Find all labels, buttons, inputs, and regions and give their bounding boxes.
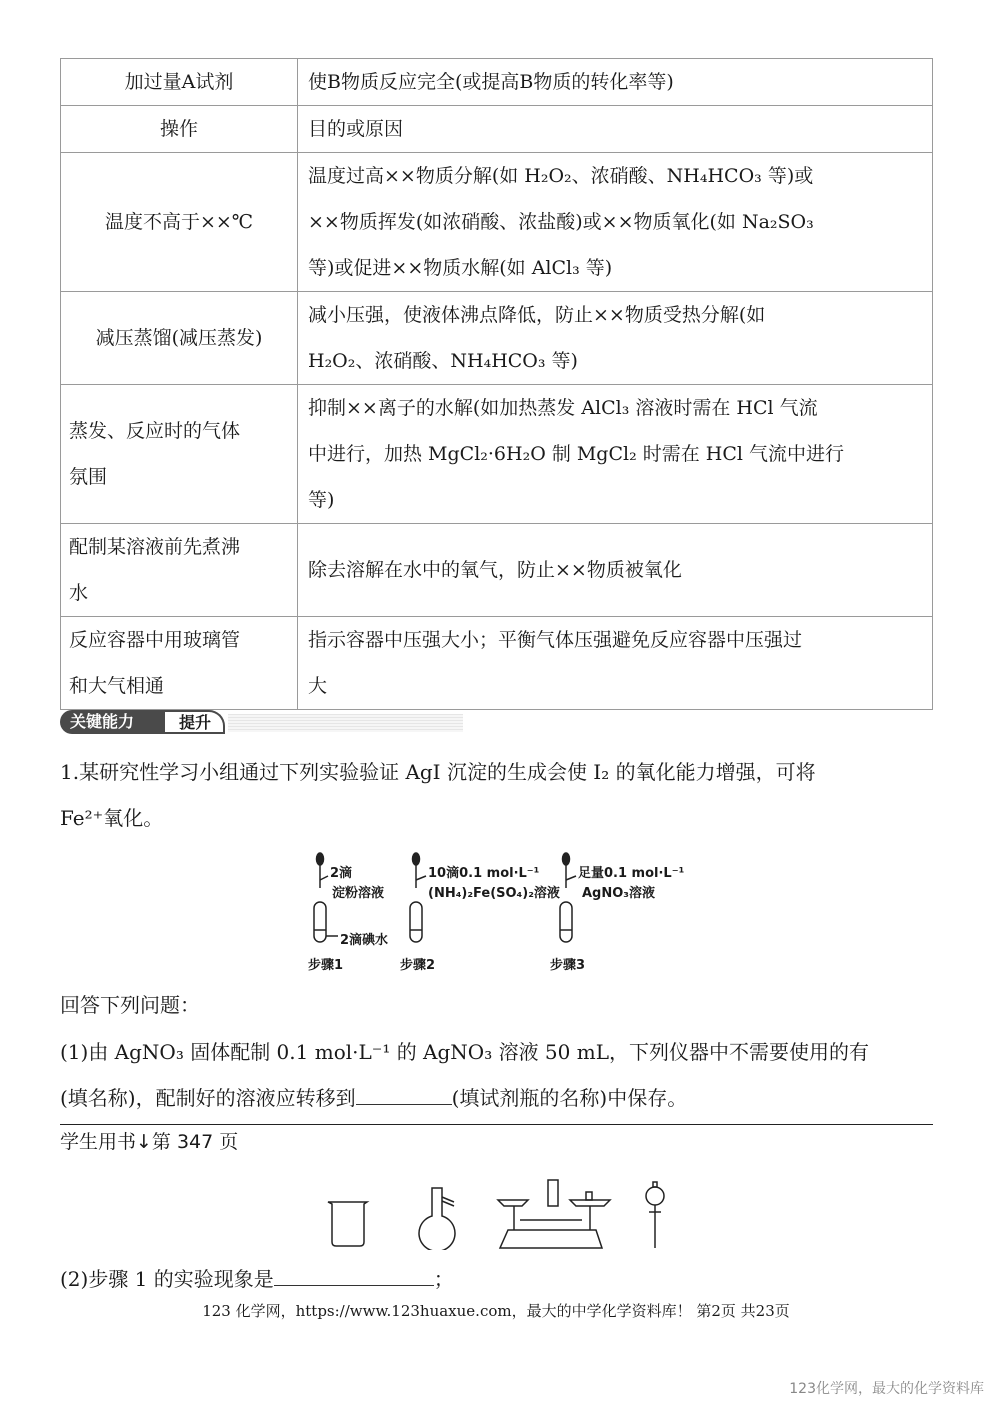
table-row: 操作 目的或原因: [61, 106, 933, 153]
purpose-cell: 减小压强，使液体沸点降低，防止××物质受热分解(如 H₂O₂、浓硝酸、NH₄HC…: [298, 292, 933, 385]
operation-line: 氛围: [69, 454, 289, 500]
purpose-cell: 抑制××离子的水解(如加热蒸发 AlCl₃ 溶液时需在 HCl 气流 中进行，加…: [298, 385, 933, 524]
distillation-flask-icon: [419, 1188, 455, 1250]
experiment-figure: 2滴 淀粉溶液 2滴碘水 步骤1 10滴0.1 mol·L⁻¹ (NH₄)₂Fe…: [300, 850, 700, 975]
methods-table: 加过量A试剂 使B物质反应完全(或提高B物质的转化率等) 操作 目的或原因 温度…: [60, 58, 933, 710]
table-row: 反应容器中用玻璃管 和大气相通 指示容器中压强大小；平衡气体压强避免反应容器中压…: [61, 617, 933, 710]
operation-cell: 蒸发、反应时的气体 氛围: [61, 385, 298, 524]
purpose-line: 等): [308, 477, 924, 523]
answer-blank-phenomenon[interactable]: [274, 1265, 434, 1286]
step1-tube-label: 2滴碘水: [340, 929, 388, 948]
step2-dropper-label: 10滴0.1 mol·L⁻¹: [428, 862, 539, 881]
banner-stripe: [228, 714, 463, 732]
step2-label: 步骤2: [400, 954, 435, 973]
sub-question1-line2: (填名称)，配制好的溶液应转移到(填试剂瓶的名称)中保存。: [60, 1084, 687, 1110]
answer-prompt: 回答下列问题：: [60, 993, 200, 1017]
question1-intro-line1: 1.某研究性学习小组通过下列实验验证 AgI 沉淀的生成会使 I₂ 的氧化能力增…: [60, 760, 816, 784]
separatory-funnel-icon: [646, 1182, 664, 1248]
step3-label: 步骤3: [550, 954, 585, 973]
purpose-line: ××物质挥发(如浓硝酸、浓盐酸)或××物质氧化(如 Na₂SO₃: [308, 199, 924, 245]
purpose-line: 指示容器中压强大小；平衡气体压强避免反应容器中压强过: [308, 617, 924, 663]
sub-question1-text-a: (填名称)，配制好的溶液应转移到: [60, 1086, 356, 1110]
operation-cell: 温度不高于××℃: [61, 153, 298, 292]
step3-dropper-reagent: AgNO₃溶液: [582, 882, 655, 901]
step2-dropper-reagent: (NH₄)₂Fe(SO₄)₂溶液: [428, 882, 560, 901]
operation-cell: 加过量A试剂: [61, 59, 298, 106]
operation-cell: 配制某溶液前先煮沸 水: [61, 524, 298, 617]
sub-question2: (2)步骤 1 的实验现象是；: [60, 1265, 454, 1291]
purpose-line: 温度过高××物质分解(如 H₂O₂、浓硝酸、NH₄HCO₃ 等)或: [308, 153, 924, 199]
operation-line: 蒸发、反应时的气体: [69, 408, 289, 454]
purpose-line: 大: [308, 663, 924, 709]
purpose-cell: 温度过高××物质分解(如 H₂O₂、浓硝酸、NH₄HCO₃ 等)或 ××物质挥发…: [298, 153, 933, 292]
operation-line: 配制某溶液前先煮沸: [69, 524, 289, 570]
step1-dropper-label: 2滴: [330, 862, 352, 881]
watermark: 123化学网，最大的化学资料库: [789, 1378, 984, 1398]
sub-question1-line1: (1)由 AgNO₃ 固体配制 0.1 mol·L⁻¹ 的 AgNO₃ 溶液 5…: [60, 1040, 869, 1064]
table-row: 温度不高于××℃ 温度过高××物质分解(如 H₂O₂、浓硝酸、NH₄HCO₃ 等…: [61, 153, 933, 292]
divider: [60, 1124, 933, 1125]
beaker-icon: [328, 1202, 367, 1246]
banner-label-key-ability: 关键能力: [60, 710, 172, 734]
operation-cell: 反应容器中用玻璃管 和大气相通: [61, 617, 298, 710]
banner-label-improve: 提升: [165, 710, 225, 734]
operation-line: 反应容器中用玻璃管: [69, 617, 289, 663]
sub-question1-text-b: (填试剂瓶的名称)中保存。: [452, 1086, 688, 1110]
table-row: 配制某溶液前先煮沸 水 除去溶解在水中的氧气，防止××物质被氧化: [61, 524, 933, 617]
purpose-cell: 指示容器中压强大小；平衡气体压强避免反应容器中压强过 大: [298, 617, 933, 710]
operation-cell: 操作: [61, 106, 298, 153]
operation-cell: 减压蒸馏(减压蒸发): [61, 292, 298, 385]
step1-label: 步骤1: [308, 954, 343, 973]
apparatus-illustration: [320, 1160, 680, 1250]
table-row: 蒸发、反应时的气体 氛围 抑制××离子的水解(如加热蒸发 AlCl₃ 溶液时需在…: [61, 385, 933, 524]
operation-line: 和大气相通: [69, 663, 289, 709]
section-banner: 关键能力 提升: [60, 708, 465, 736]
step1-dropper-reagent: 淀粉溶液: [332, 882, 384, 901]
purpose-line: H₂O₂、浓硝酸、NH₄HCO₃ 等): [308, 338, 924, 384]
table-row: 减压蒸馏(减压蒸发) 减小压强，使液体沸点降低，防止××物质受热分解(如 H₂O…: [61, 292, 933, 385]
purpose-line: 抑制××离子的水解(如加热蒸发 AlCl₃ 溶液时需在 HCl 气流: [308, 385, 924, 431]
book-reference: 学生用书↓第 347 页: [60, 1130, 238, 1154]
table-row: 加过量A试剂 使B物质反应完全(或提高B物质的转化率等): [61, 59, 933, 106]
purpose-cell: 使B物质反应完全(或提高B物质的转化率等): [298, 59, 933, 106]
purpose-line: 中进行，加热 MgCl₂·6H₂O 制 MgCl₂ 时需在 HCl 气流中进行: [308, 431, 924, 477]
operation-line: 水: [69, 570, 289, 616]
step3-dropper-label: 足量0.1 mol·L⁻¹: [578, 862, 684, 881]
purpose-cell: 除去溶解在水中的氧气，防止××物质被氧化: [298, 524, 933, 617]
purpose-line: 等)或促进××物质水解(如 AlCl₃ 等): [308, 245, 924, 291]
balance-icon: [498, 1180, 610, 1248]
question1-intro-line2: Fe²⁺氧化。: [60, 806, 163, 830]
sub-question2-text: (2)步骤 1 的实验现象是: [60, 1267, 274, 1291]
page-footer: 123 化学网，https://www.123huaxue.com，最大的中学化…: [0, 1300, 992, 1321]
purpose-line: 减小压强，使液体沸点降低，防止××物质受热分解(如: [308, 292, 924, 338]
sub-question2-end: ；: [434, 1267, 454, 1291]
answer-blank-bottle[interactable]: [356, 1084, 452, 1105]
purpose-cell: 目的或原因: [298, 106, 933, 153]
